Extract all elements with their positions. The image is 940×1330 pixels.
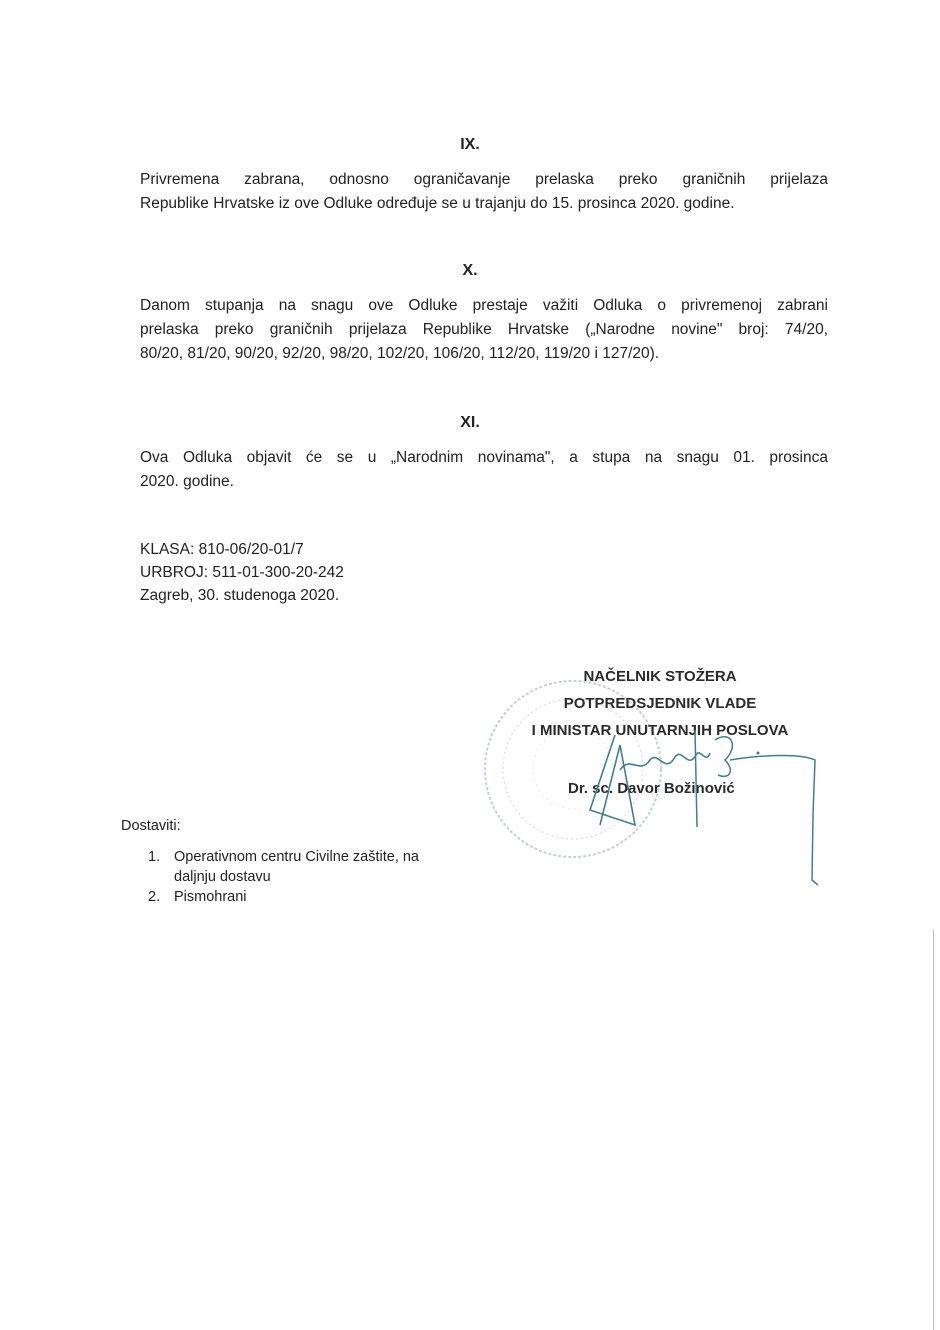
section-ix-text: Privremena zabrana, odnosno ograničavanj…	[140, 168, 828, 216]
text-line: prelaska preko graničnih prijelaza Repub…	[140, 318, 828, 342]
list-item: 1. Operativnom centru Civilne zaštite, n…	[148, 847, 444, 887]
urbroj: URBROJ: 511-01-300-20-242	[140, 561, 344, 584]
section-heading-x: X.	[0, 262, 940, 280]
distribution-label: Dostaviti:	[121, 818, 181, 834]
section-xi-text: Ova Odluka objavit će se u „Narodnim nov…	[140, 446, 828, 494]
list-item-text: Operativnom centru Civilne zaštite, na d…	[174, 847, 444, 887]
section-x-text: Danom stupanja na snagu ove Odluke prest…	[140, 294, 828, 366]
signatory-title-1: NAČELNIK STOŽERA	[480, 663, 840, 690]
distribution-list: 1. Operativnom centru Civilne zaštite, n…	[148, 847, 444, 907]
handwritten-signature-icon	[560, 715, 830, 890]
page-edge-divider	[933, 930, 934, 1330]
list-item-number: 1.	[148, 847, 174, 887]
text-line: Ova Odluka objavit će se u „Narodnim nov…	[140, 446, 828, 470]
section-heading-ix: IX.	[0, 136, 940, 154]
place-date: Zagreb, 30. studenoga 2020.	[140, 584, 344, 607]
text-line: Privremena zabrana, odnosno ograničavanj…	[140, 168, 828, 192]
list-item: 2. Pismohrani	[148, 887, 444, 907]
text-line: 80/20, 81/20, 90/20, 92/20, 98/20, 102/2…	[140, 342, 828, 366]
section-heading-xi: XI.	[0, 414, 940, 432]
document-meta: KLASA: 810-06/20-01/7 URBROJ: 511-01-300…	[140, 538, 344, 607]
list-item-number: 2.	[148, 887, 174, 907]
text-line: 2020. godine.	[140, 470, 828, 494]
text-line: Danom stupanja na snagu ove Odluke prest…	[140, 294, 828, 318]
list-item-text: Pismohrani	[174, 887, 444, 907]
klasa: KLASA: 810-06/20-01/7	[140, 538, 344, 561]
text-line: Republike Hrvatske iz ove Odluke određuj…	[140, 192, 828, 216]
signatory-title-2: POTPREDSJEDNIK VLADE	[480, 690, 840, 717]
